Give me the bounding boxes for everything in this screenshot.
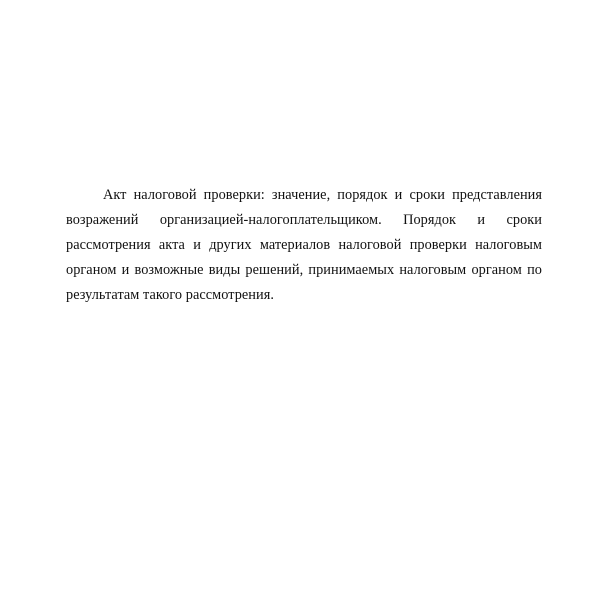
document-page: Акт налоговой проверки: значение, порядо…: [0, 0, 600, 600]
body-paragraph: Акт налоговой проверки: значение, порядо…: [66, 183, 542, 308]
